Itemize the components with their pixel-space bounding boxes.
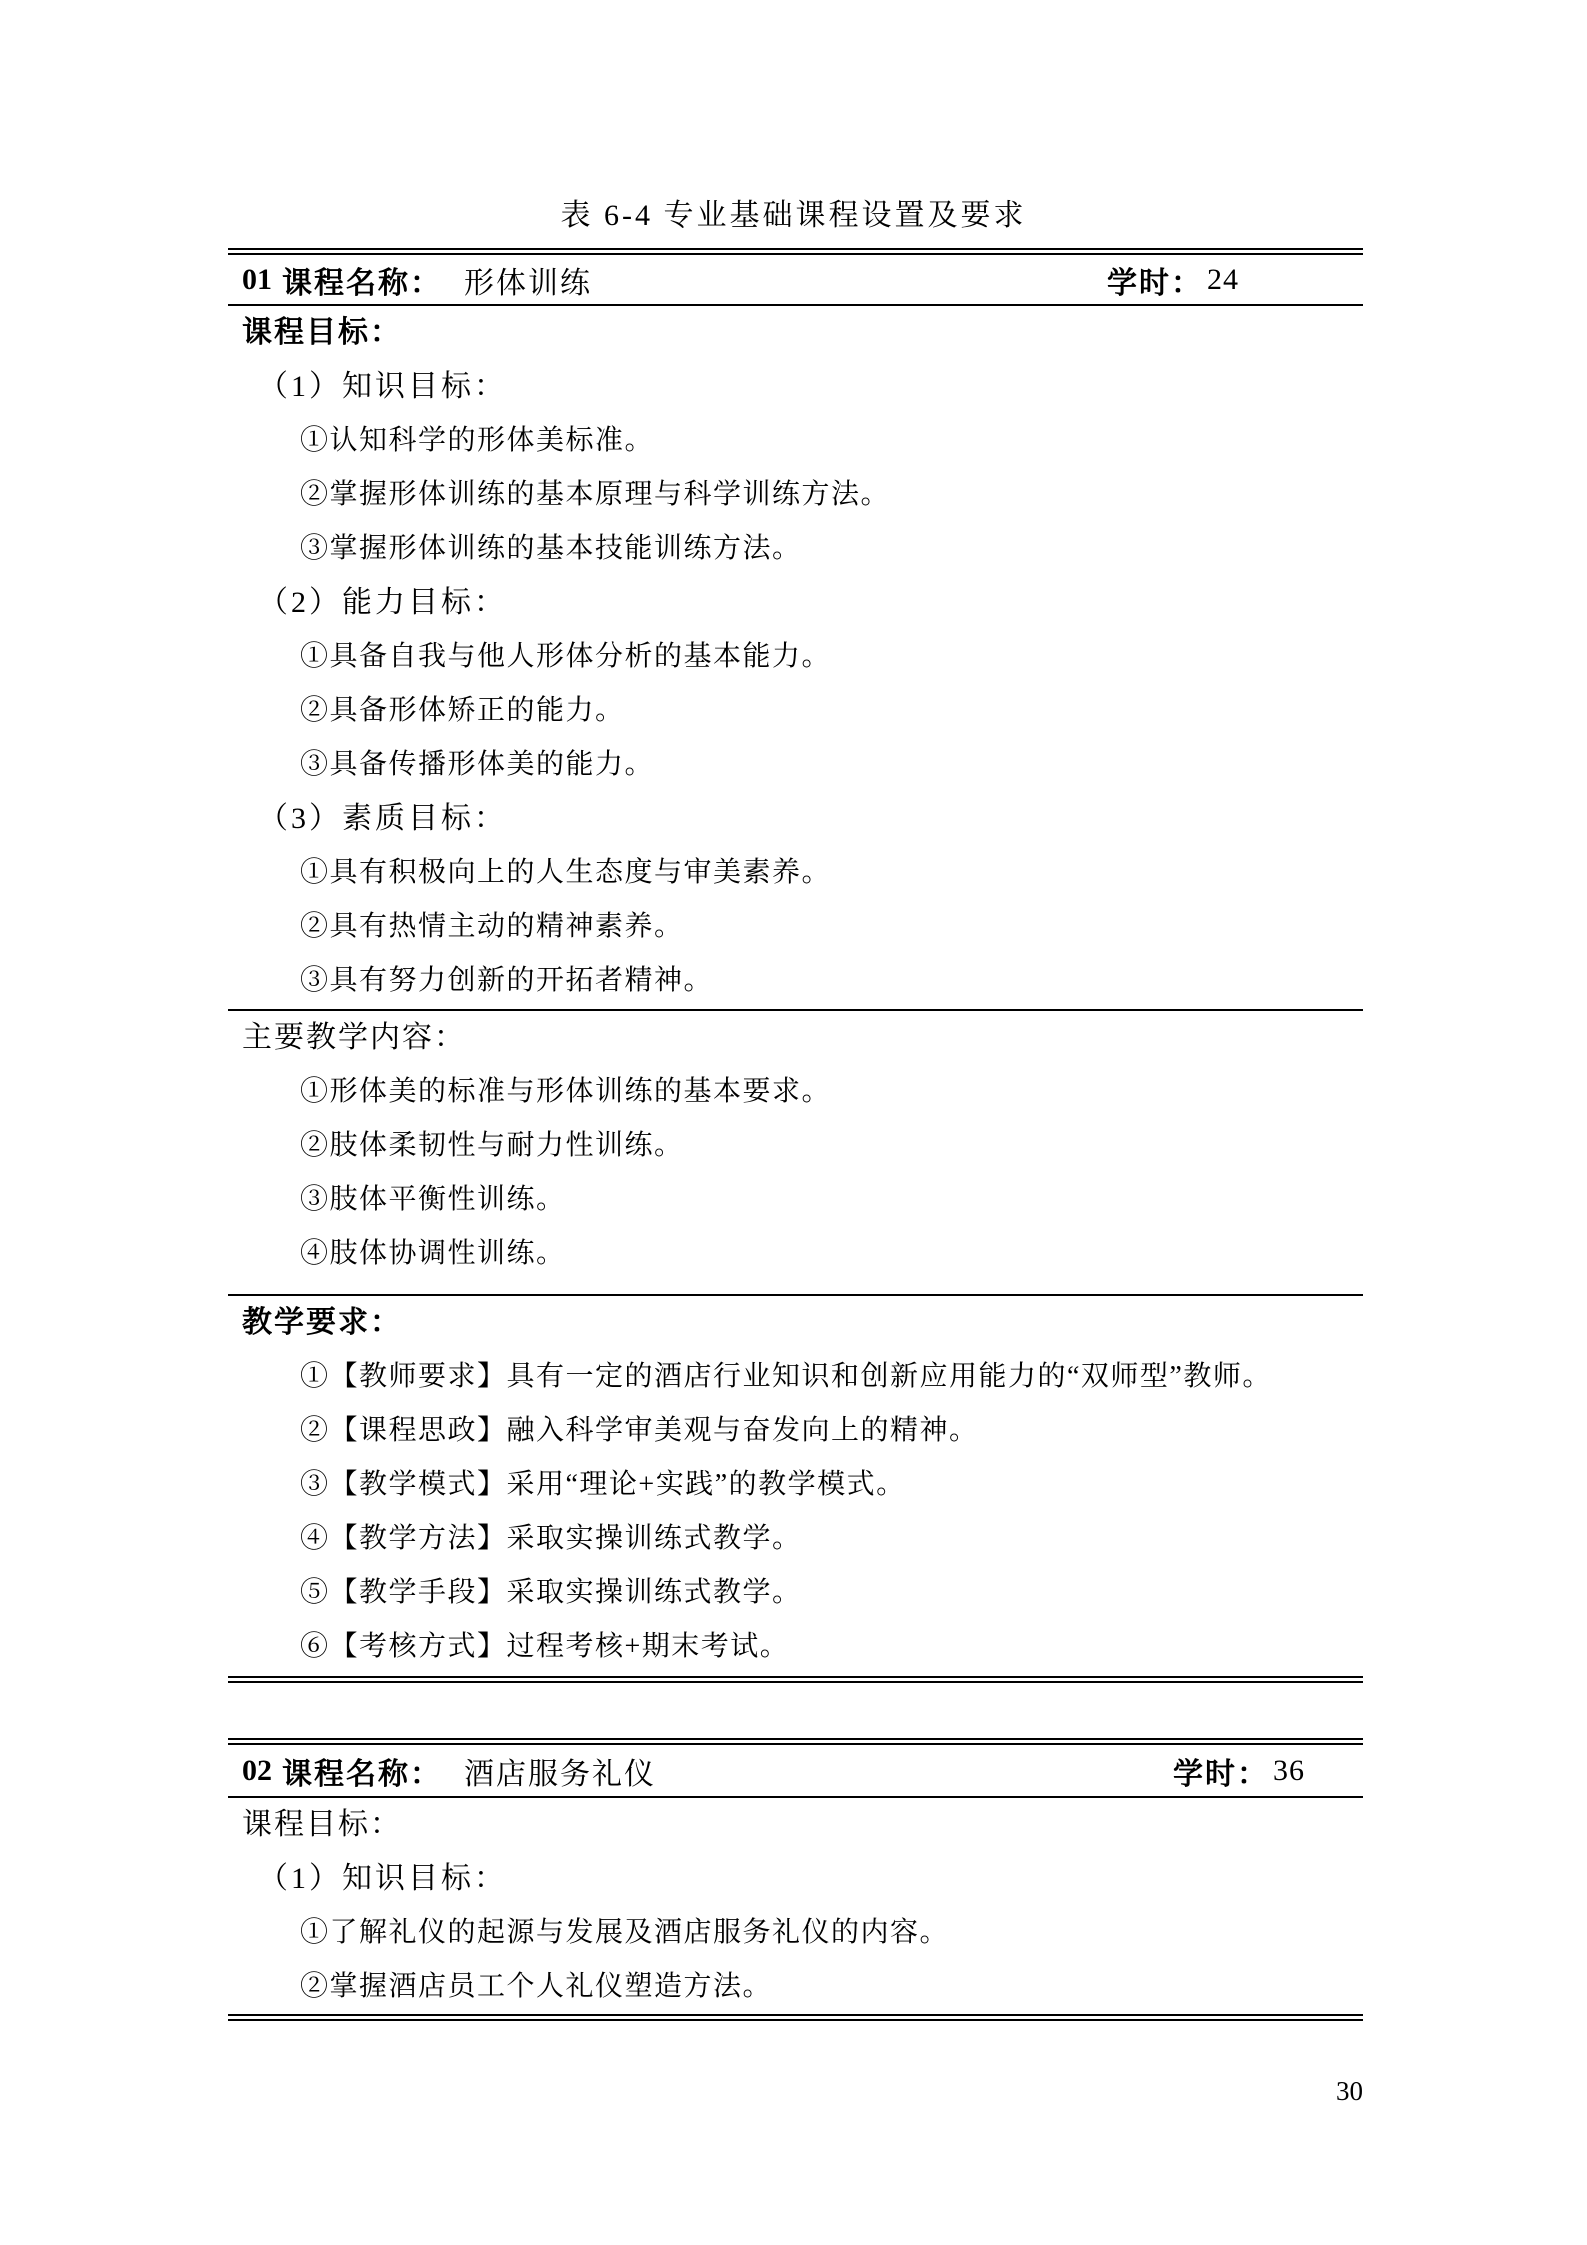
content-line: ⑥【考核方式】过程考核+期末考试。 (242, 1620, 1363, 1674)
section-course-goals: 课程目标：（1）知识目标：①认知科学的形体美标准。②掌握形体训练的基本原理与科学… (228, 306, 1363, 1011)
section-heading: 课程目标： (242, 306, 1363, 360)
course-number: 02 (242, 1754, 272, 1788)
section-heading: 主要教学内容： (242, 1011, 1363, 1065)
content-line: ⑤【教学手段】采取实操训练式教学。 (242, 1566, 1363, 1620)
content-line: ②肢体柔韧性与耐力性训练。 (242, 1119, 1363, 1173)
course-name-label: 课程名称： (282, 1749, 442, 1793)
course-table-01: 01 课程名称： 形体训练 学时： 24 课程目标：（1）知识目标：①认知科学的… (228, 248, 1363, 1683)
course-header-row: 02 课程名称： 酒店服务礼仪 学时： 36 (228, 1745, 1363, 1798)
content-line: ①【教师要求】具有一定的酒店行业知识和创新应用能力的“双师型”教师。 (242, 1350, 1363, 1404)
course-name-value: 酒店服务礼仪 (464, 1749, 656, 1793)
hours-label: 学时： (1173, 1749, 1269, 1793)
content-line: ①认知科学的形体美标准。 (242, 414, 1363, 468)
page-number: 30 (228, 2076, 1363, 2107)
content-line: ③肢体平衡性训练。 (242, 1173, 1363, 1227)
content-line: ③【教学模式】采用“理论+实践”的教学模式。 (242, 1458, 1363, 1512)
section-teaching-content: 主要教学内容：①形体美的标准与形体训练的基本要求。②肢体柔韧性与耐力性训练。③肢… (228, 1011, 1363, 1296)
document-page: 表 6-4 专业基础课程设置及要求 01 课程名称： 形体训练 学时： 24 课… (0, 0, 1587, 2245)
content-line: ②具有热情主动的精神素养。 (242, 900, 1363, 954)
content-line: ③掌握形体训练的基本技能训练方法。 (242, 522, 1363, 576)
content-line: ①具备自我与他人形体分析的基本能力。 (242, 630, 1363, 684)
content-line: ③具有努力创新的开拓者精神。 (242, 954, 1363, 1008)
content-line: ①了解礼仪的起源与发展及酒店服务礼仪的内容。 (242, 1906, 1363, 1960)
section-heading: 教学要求： (242, 1296, 1363, 1350)
hours-label: 学时： (1107, 258, 1203, 302)
course-name-label: 课程名称： (282, 258, 442, 302)
content-line: ③具备传播形体美的能力。 (242, 738, 1363, 792)
content-line: ④【教学方法】采取实操训练式教学。 (242, 1512, 1363, 1566)
course-number: 01 (242, 263, 272, 297)
section-course-goals: 课程目标：（1）知识目标：①了解礼仪的起源与发展及酒店服务礼仪的内容。②掌握酒店… (228, 1798, 1363, 2014)
content-line: ④肢体协调性训练。 (242, 1227, 1363, 1281)
course-table-02: 02 课程名称： 酒店服务礼仪 学时： 36 课程目标：（1）知识目标：①了解礼… (228, 1738, 1363, 2021)
content-line: （3）素质目标： (242, 792, 1363, 846)
course-hours: 学时： 24 (1107, 258, 1239, 302)
section-teaching-requirements: 教学要求：①【教师要求】具有一定的酒店行业知识和创新应用能力的“双师型”教师。②… (228, 1296, 1363, 1676)
content-line: ②掌握酒店员工个人礼仪塑造方法。 (242, 1960, 1363, 2014)
hours-value: 24 (1207, 263, 1239, 297)
table-caption: 表 6-4 专业基础课程设置及要求 (0, 190, 1587, 234)
course-header-row: 01 课程名称： 形体训练 学时： 24 (228, 255, 1363, 306)
content-line: （1）知识目标： (242, 360, 1363, 414)
content-line: ①形体美的标准与形体训练的基本要求。 (242, 1065, 1363, 1119)
course-name-value: 形体训练 (464, 258, 592, 302)
content-line: ②【课程思政】融入科学审美观与奋发向上的精神。 (242, 1404, 1363, 1458)
content-line: ②具备形体矫正的能力。 (242, 684, 1363, 738)
course-hours: 学时： 36 (1173, 1749, 1305, 1793)
content-line: （2）能力目标： (242, 576, 1363, 630)
content-line: ②掌握形体训练的基本原理与科学训练方法。 (242, 468, 1363, 522)
section-heading: 课程目标： (242, 1798, 1363, 1852)
content-line: （1）知识目标： (242, 1852, 1363, 1906)
hours-value: 36 (1273, 1754, 1305, 1788)
content-line: ①具有积极向上的人生态度与审美素养。 (242, 846, 1363, 900)
